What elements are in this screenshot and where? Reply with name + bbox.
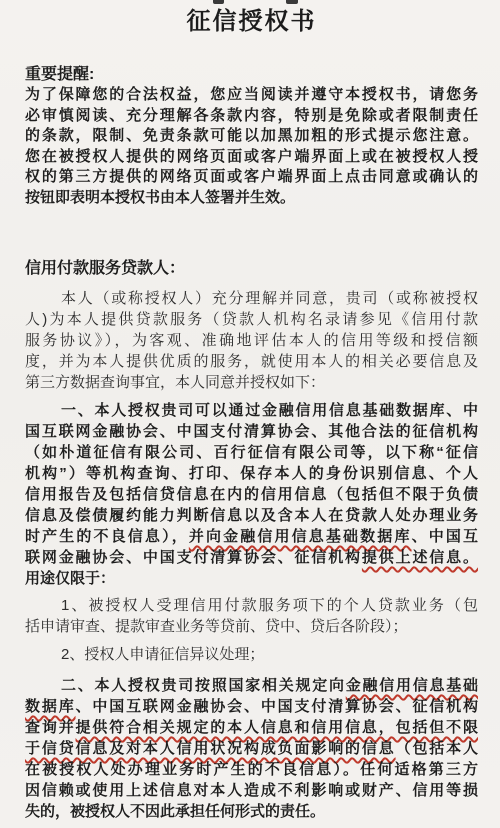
red-wavy-underlined-text: 提供上述信息。 <box>362 549 478 566</box>
text-run: 时产生的不良信息）， <box>25 528 189 545</box>
text-run: 机构”）等机构查询、打印、保存本人的身份识别信息、个人 <box>25 465 478 482</box>
consent-paragraph: 本人（或称授权人）充分理解并同意，贵司（或称被授权人)为本人提供贷款服务（贷款人… <box>25 288 478 393</box>
notice-paragraph: 为了保障您的合法权益，您应当阅读并遵守本授权书，请您务必审慎阅读、充分理解各条款… <box>25 85 478 208</box>
text-run: 用途仅限于： <box>25 570 115 587</box>
text-line: 1、被授权人受理信用付款服务项下的个人贷款业务（包 <box>25 595 478 616</box>
text-run: 必审慎阅读、充分理解各条款内容，特别是免除或者限制责任 <box>25 107 478 124</box>
text-line: 因信赖或使用上述信息对本人造成不利影响或财产、信用等损 <box>25 780 478 801</box>
text-run: 因信赖或使用上述信息对本人造成不利影响或财产、信用等损 <box>25 782 478 799</box>
text-run: 为了保障您的合法权益，您应当阅读并遵守本授权书，请您务 <box>25 86 478 103</box>
text-run: 国互联网金融协会、中国支付清算协会、其他合法的征信机构 <box>25 423 478 440</box>
text-run: 的条款，限制、免责条款可能以加黑加粗的形式提示您注意。 <box>25 127 478 144</box>
text-line: 人)为本人提供贷款服务（贷款人机构名录请参见《信用付款 <box>25 309 478 330</box>
text-run: （包括本人 <box>396 740 478 757</box>
text-line: 二、本人授权贵司按照国家相关规定向金融信用信息基础 <box>25 675 478 696</box>
text-line: 在被授权人处办理业务时产生的不良信息）。任何适格第三方 <box>25 759 478 780</box>
text-line: 服务协议》），为客观、准确地评估本人的信用等级和授信额 <box>25 330 478 351</box>
text-run: 一、本人授权贵司可以通过金融信用信息基础数据库、中 <box>61 402 478 419</box>
text-line: 数据库、中国互联网金融协会、中国支付清算协会、征信机构 <box>25 696 478 717</box>
text-line: 必审慎阅读、充分理解各条款内容，特别是免除或者限制责任 <box>25 106 478 127</box>
text-line: 失的，被授权人不因此承担任何形式的责任。 <box>25 801 478 822</box>
authorization-document-page: 征信授权书 重要提醒:为了保障您的合法权益，您应当阅读并遵守本授权书，请您务必审… <box>0 0 500 828</box>
text-line: 按钮即表明本授权书由本人签署并生效。 <box>25 188 478 209</box>
text-line: 您在被授权人提供的网络页面或客户端界面上或在被授权人授 <box>25 147 478 168</box>
notice-heading: 重要提醒: <box>25 64 478 85</box>
text-run: 权的第三方提供的网络页面或客户端界面上点击同意或确认的 <box>25 168 478 185</box>
document-body: 重要提醒:为了保障您的合法权益，您应当阅读并遵守本授权书，请您务必审慎阅读、充分… <box>25 64 478 822</box>
text-line: 2、授权人申请征信异议处理； <box>25 644 478 665</box>
text-line: 联网金融协会、中国支付清算协会、征信机构提供上述信息。 <box>25 547 478 568</box>
red-wavy-underlined-text: 并向金融信用信息基础数据库 <box>189 528 412 545</box>
text-run: 联网金融协会、中国支付清算协会、征信机构 <box>25 549 362 566</box>
text-run: 查询并 <box>25 719 76 736</box>
text-run: 失的，被授权人不因此承担任何形式的责任。 <box>25 803 325 820</box>
cropped-text-artifact <box>213 0 224 4</box>
text-line: 的条款，限制、免责条款可能以加黑加粗的形式提示您注意。 <box>25 126 478 147</box>
text-run: 服务协议》），为客观、准确地评估本人的信用等级和授信额 <box>25 332 478 349</box>
text-line: 机构”）等机构查询、打印、保存本人的身份识别信息、个人 <box>25 463 478 484</box>
text-line: 于信贷信息及对本人信用状况构成负面影响的信息（包括本人 <box>25 738 478 759</box>
text-line: 时产生的不良信息），并向金融信用信息基础数据库、中国互 <box>25 526 478 547</box>
page-title: 征信授权书 <box>25 0 478 37</box>
lender-heading: 信用付款服务贷款人： <box>25 258 478 279</box>
text-run: 度，并为本人提供优质的服务，就使用本人的相关必要信息及 <box>25 353 478 370</box>
text-line: 括申请审查、提款审查业务等贷前、贷中、贷后各阶段）； <box>25 616 478 637</box>
text-run: 信用报告及包括信贷信息在内的信用信息（包括但不限于负债 <box>25 486 478 503</box>
text-run: 按钮即表明本授权书由本人签署并生效。 <box>25 189 295 206</box>
use-item-1: 1、被授权人受理信用付款服务项下的个人贷款业务（包括申请审查、提款审查业务等贷前… <box>25 595 478 637</box>
text-run: 括申请审查、提款审查业务等贷前、贷中、贷后各阶段）； <box>25 618 408 635</box>
text-line: （如朴道征信有限公司、百行征信有限公司等，以下称“征信 <box>25 442 478 463</box>
red-wavy-underlined-text: 金融信用信息基础 <box>346 677 478 694</box>
red-wavy-underlined-text: 提供符合相关规定的本人信息和信用信息，包括但不限 <box>76 719 478 736</box>
text-line: 国互联网金融协会、中国支付清算协会、其他合法的征信机构 <box>25 421 478 442</box>
text-run: 信息及偿债履约能力判断信息以及含本人在贷款人处办理业务 <box>25 507 478 524</box>
clause-one-paragraph: 一、本人授权贵司可以通过金融信用信息基础数据库、中国互联网金融协会、中国支付清算… <box>25 400 478 589</box>
red-wavy-underlined-text: 数据库 <box>25 698 76 715</box>
use-item-2: 2、授权人申请征信异议处理； <box>25 644 478 665</box>
text-line: 度，并为本人提供优质的服务，就使用本人的相关必要信息及 <box>25 351 478 372</box>
text-run: 、中国互联网金融协会、中国支付清算协会、征信机构 <box>76 698 478 715</box>
text-line: 查询并提供符合相关规定的本人信息和信用信息，包括但不限 <box>25 717 478 738</box>
text-run: 2、授权人申请征信异议处理； <box>61 646 264 663</box>
text-run: 本人（或称授权人）充分理解并同意，贵司（或称被授权 <box>61 290 478 307</box>
text-run: 人)为本人提供贷款服务（贷款人机构名录请参见《信用付款 <box>25 311 478 328</box>
text-line: 第三方数据查询事宜，本人同意并授权如下： <box>25 372 478 393</box>
text-run: 、中国互 <box>412 528 478 545</box>
text-line: 为了保障您的合法权益，您应当阅读并遵守本授权书，请您务 <box>25 85 478 106</box>
cropped-text-artifact <box>286 0 298 4</box>
document-content: 征信授权书 重要提醒:为了保障您的合法权益，您应当阅读并遵守本授权书，请您务必审… <box>0 0 500 822</box>
text-run: （如朴道征信有限公司、百行征信有限公司等，以下称“征信 <box>25 444 478 461</box>
text-run: 第三方数据查询事宜，本人同意并授权如下： <box>25 374 325 391</box>
red-wavy-underlined-text: 于信贷信息及对本人信用状况构成负面影响的信息 <box>25 740 396 757</box>
text-line: 一、本人授权贵司可以通过金融信用信息基础数据库、中 <box>25 400 478 421</box>
text-run: 二、本人授权贵司按照国家相关规定向 <box>61 677 346 694</box>
text-line: 本人（或称授权人）充分理解并同意，贵司（或称被授权 <box>25 288 478 309</box>
text-run: 您在被授权人提供的网络页面或客户端界面上或在被授权人授 <box>25 148 478 165</box>
text-line: 信息及偿债履约能力判断信息以及含本人在贷款人处办理业务 <box>25 505 478 526</box>
text-line: 用途仅限于： <box>25 568 478 589</box>
text-line: 信用报告及包括信贷信息在内的信用信息（包括但不限于负债 <box>25 484 478 505</box>
text-line: 权的第三方提供的网络页面或客户端界面上点击同意或确认的 <box>25 167 478 188</box>
text-run: 在被授权人处办理业务时产生的不良信息）。任何适格第三方 <box>25 761 478 778</box>
text-run: 1、被授权人受理信用付款服务项下的个人贷款业务（包 <box>61 597 478 614</box>
clause-two-paragraph: 二、本人授权贵司按照国家相关规定向金融信用信息基础数据库、中国互联网金融协会、中… <box>25 675 478 822</box>
